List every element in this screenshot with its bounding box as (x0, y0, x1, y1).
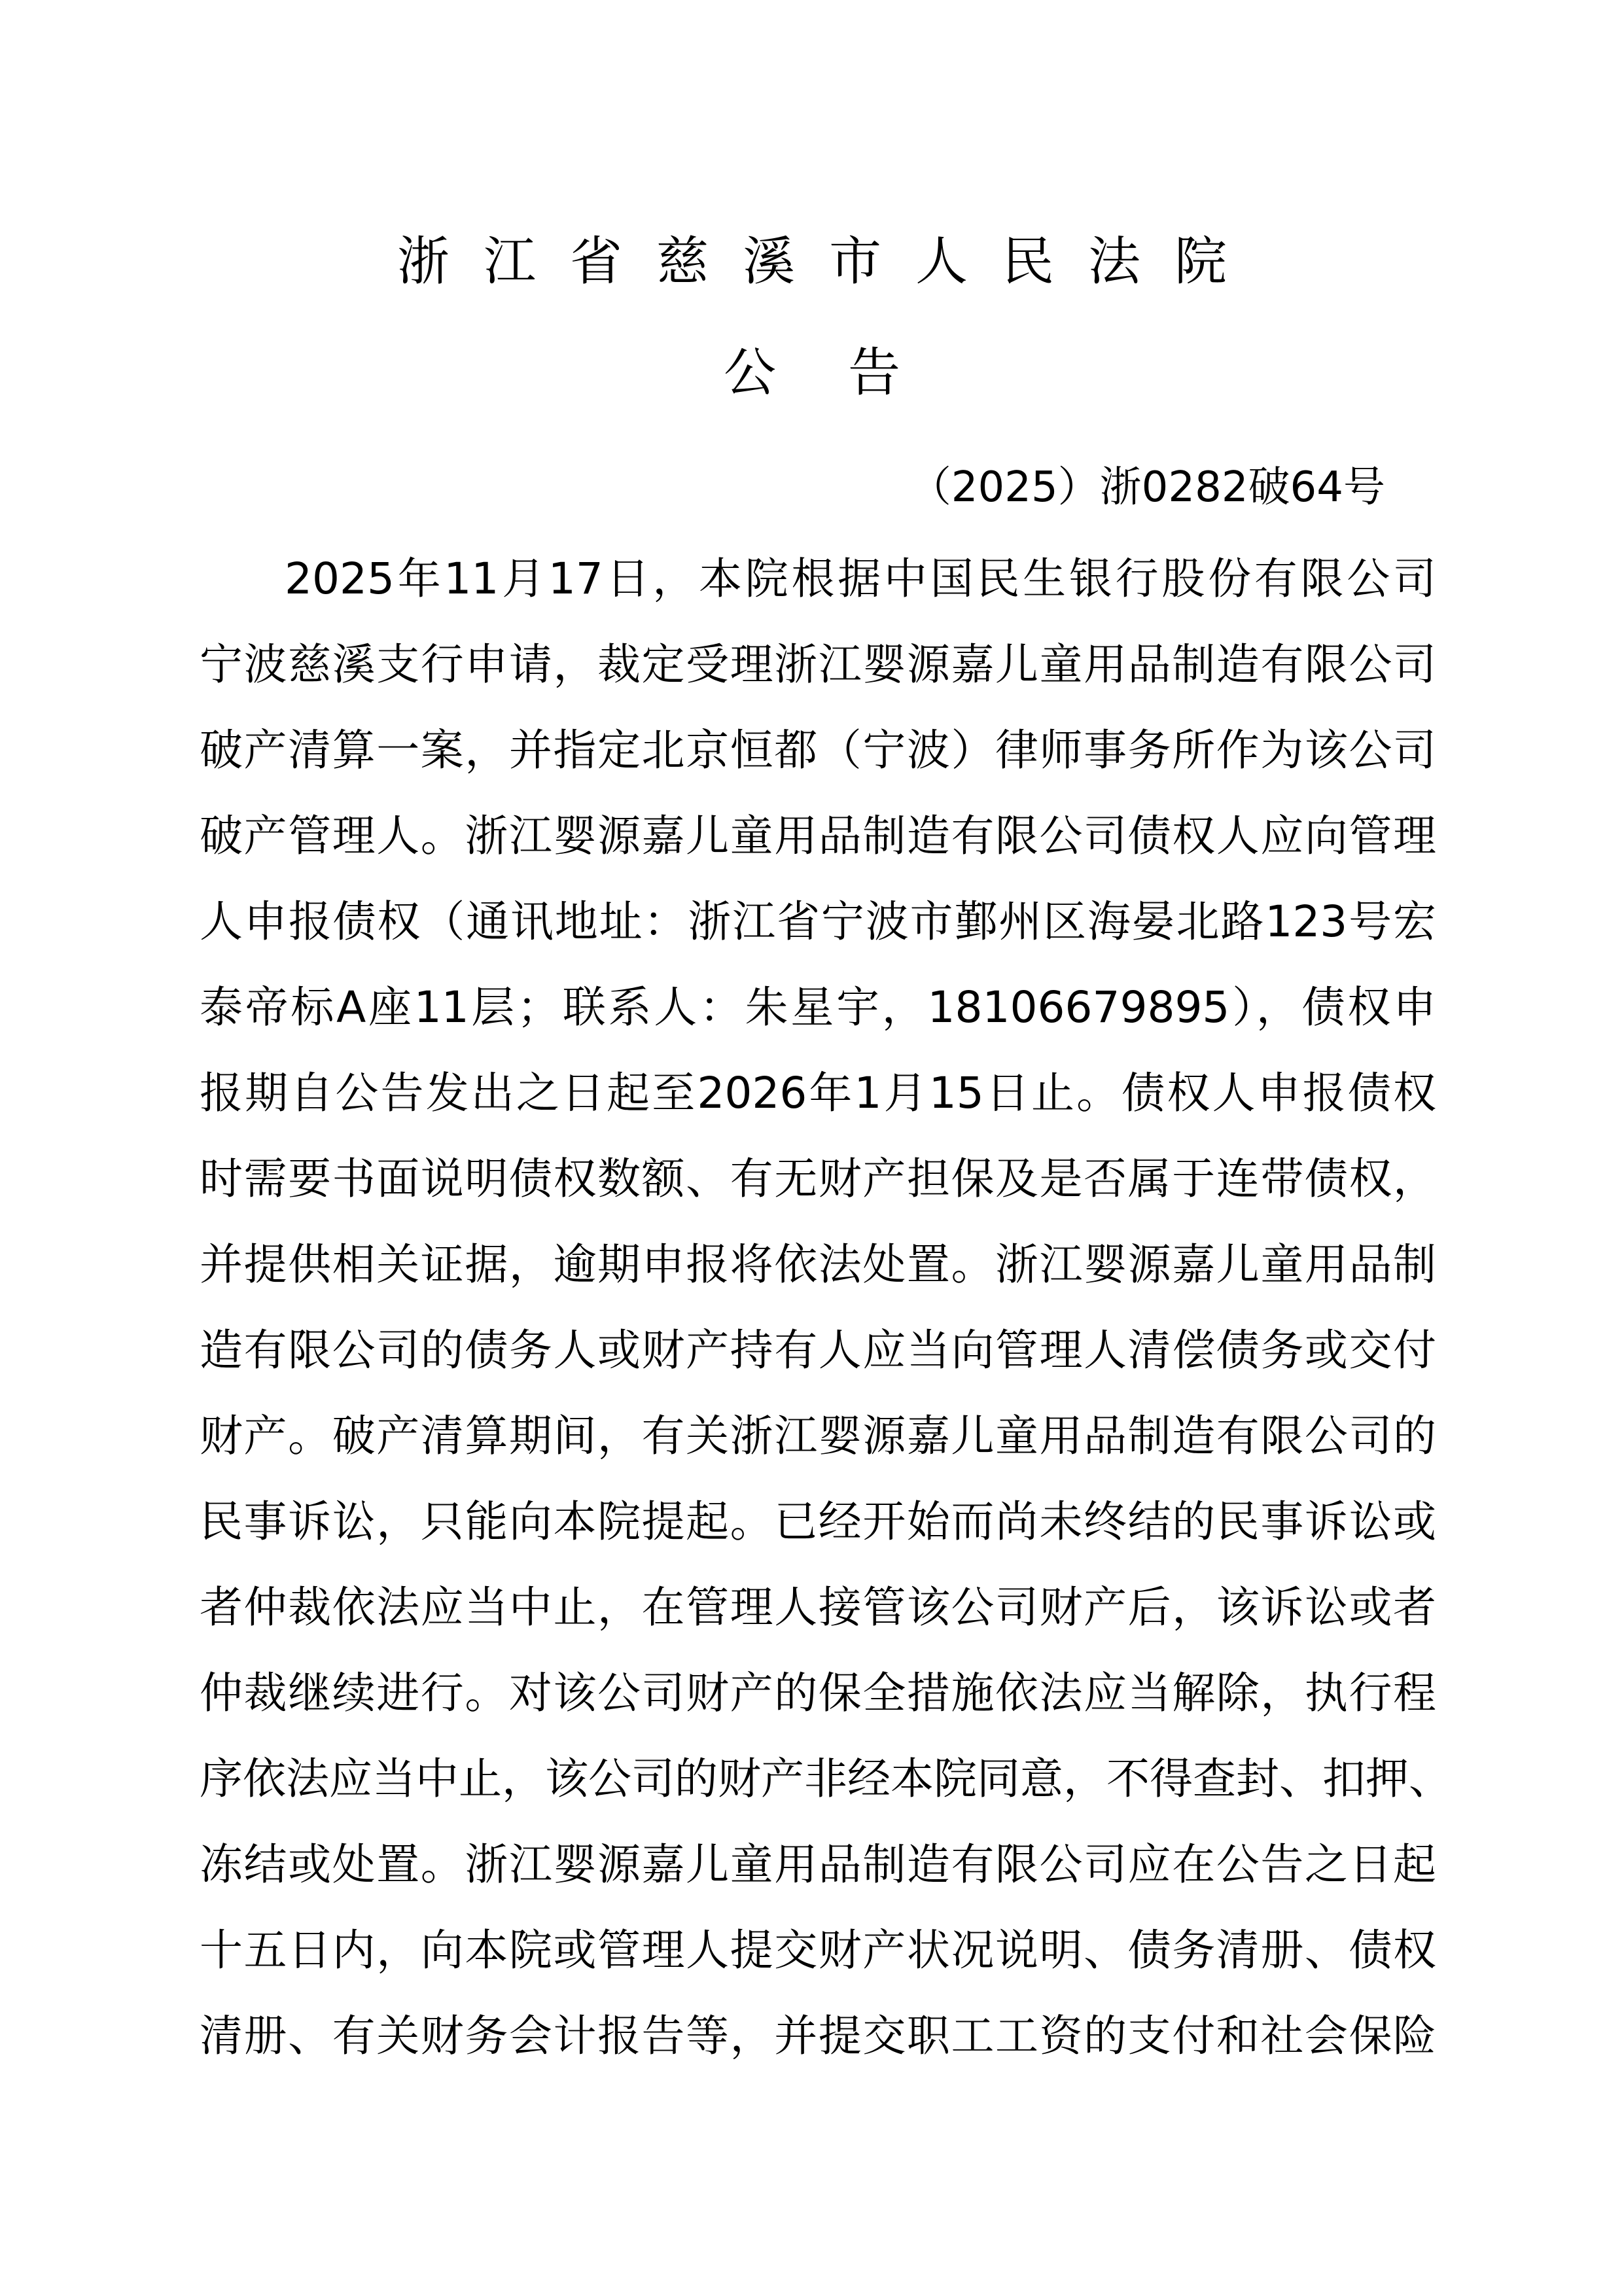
body-line: 破产清算一案，并指定北京恒都（宁波）律师事务所作为该公司 (200, 721, 1436, 780)
body-line: 人申报债权（通讯地址：浙江省宁波市鄞州区海晏北路123号宏 (200, 892, 1436, 951)
body-line: 破产管理人。浙江婴源嘉儿童用品制造有限公司债权人应向管理 (200, 807, 1436, 866)
body-line: 报期自公告发出之日起至2026年1月15日止。债权人申报债权 (200, 1064, 1436, 1123)
body-line: 宁波慈溪支行申请，裁定受理浙江婴源嘉儿童用品制造有限公司 (200, 635, 1436, 694)
body-line: 十五日内，向本院或管理人提交财产状况说明、债务清册、债权 (200, 1921, 1436, 1980)
body-line: 序依法应当中止，该公司的财产非经本院同意，不得查封、扣押、 (200, 1750, 1436, 1809)
body-line: 时需要书面说明债权数额、有无财产担保及是否属于连带债权， (200, 1150, 1436, 1209)
body-line: 并提供相关证据，逾期申报将依法处置。浙江婴源嘉儿童用品制 (200, 1235, 1436, 1294)
body-line: 清册、有关财务会计报告等，并提交职工工资的支付和社会保险 (200, 2007, 1436, 2066)
body-line: 2025年11月17日，本院根据中国民生银行股份有限公司 (285, 550, 1436, 609)
body-line: 民事诉讼，只能向本院提起。已经开始而尚未终结的民事诉讼或 (200, 1492, 1436, 1551)
body-line: 造有限公司的债务人或财产持有人应当向管理人清偿债务或交付 (200, 1321, 1436, 1380)
case-number: （2025）浙0282破64号 (909, 458, 1385, 517)
body-line: 财产。破产清算期间，有关浙江婴源嘉儿童用品制造有限公司的 (200, 1407, 1436, 1466)
document-type-heading: 公告 (0, 340, 1624, 406)
body-line: 泰帝标A座11层；联系人：朱星宇，18106679895），债权申 (200, 978, 1436, 1037)
body-line: 者仲裁依法应当中止，在管理人接管该公司财产后，该诉讼或者 (200, 1578, 1436, 1637)
court-title: 浙江省慈溪市人民法院 (0, 229, 1624, 294)
body-line: 冻结或处置。浙江婴源嘉儿童用品制造有限公司应在公告之日起 (200, 1835, 1436, 1894)
body-line: 仲裁继续进行。对该公司财产的保全措施依法应当解除，执行程 (200, 1664, 1436, 1723)
